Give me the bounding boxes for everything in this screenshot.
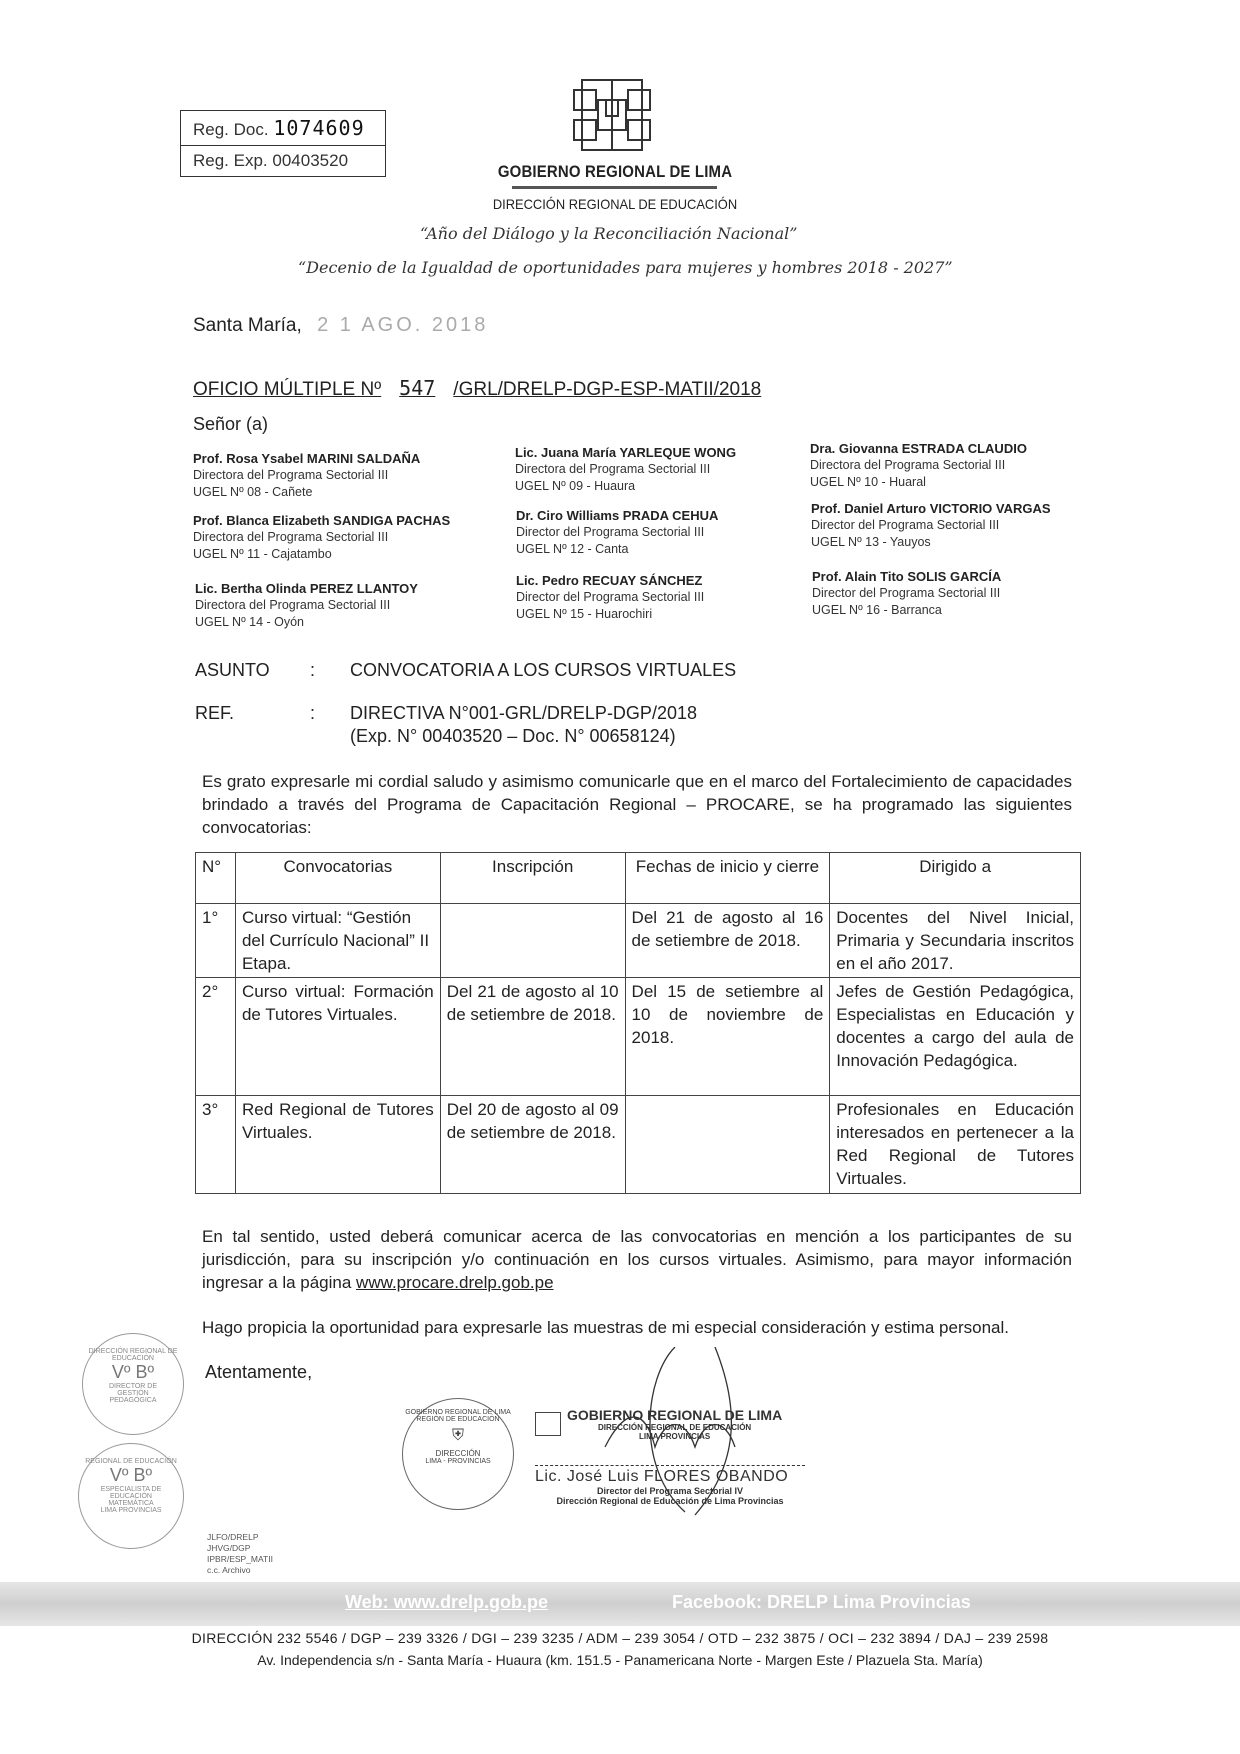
recipient-ugel: UGEL Nº 11 - Cajatambo: [193, 546, 450, 563]
sign-off: Atentamente,: [205, 1362, 312, 1383]
seal-inner-text: REGIÓN DE EDUCACIÓN: [403, 1416, 513, 1423]
seal-center-text: DIRECCIÓN: [403, 1449, 513, 1458]
cell-dirigido: Docentes del Nivel Inicial, Primaria y S…: [830, 904, 1081, 978]
cell-inscripcion: [440, 904, 625, 978]
initials-line: IPBR/ESP_MATII: [207, 1554, 273, 1565]
recipient-ugel: UGEL Nº 13 - Yauyos: [811, 534, 1051, 551]
procare-link[interactable]: www.procare.drelp.gob.pe: [356, 1273, 554, 1292]
header-convocatorias: Convocatorias: [235, 853, 440, 904]
recipient-name: Prof. Blanca Elizabeth SANDIGA PACHAS: [193, 512, 450, 529]
cell-fechas: [625, 1096, 830, 1194]
registry-box: Reg. Doc. 1074609 Reg. Exp. 00403520: [180, 110, 386, 177]
recipient-role: Director del Programa Sectorial III: [516, 589, 704, 606]
recipient: Dra. Giovanna ESTRADA CLAUDIO Directora …: [810, 440, 1027, 491]
institution-title: GOBIERNO REGIONAL DE LIMA: [496, 162, 734, 182]
cell-dirigido: Jefes de Gestión Pedagógica, Especialist…: [830, 978, 1081, 1096]
seal-sub-text: DIRECTOR DE GESTIÓN PEDAGÓGICA: [83, 1383, 183, 1404]
place: Santa María,: [193, 315, 302, 336]
header-num: N°: [196, 853, 236, 904]
farewell-paragraph: Hago propicia la oportunidad para expres…: [202, 1316, 1072, 1339]
year-motto: “Año del Diálogo y la Reconciliación Nac…: [420, 224, 797, 243]
seal-bottom-text: LIMA PROVINCIAS: [79, 1507, 183, 1514]
closing-text: En tal sentido, usted deberá comunicar a…: [202, 1227, 1072, 1292]
recipient-ugel: UGEL Nº 12 - Canta: [516, 541, 718, 558]
ref-line-1: DIRECTIVA N°001-GRL/DRELP-DGP/2018: [350, 703, 697, 723]
table-header-row: N° Convocatorias Inscripción Fechas de i…: [196, 853, 1081, 904]
recipient-role: Directora del Programa Sectorial III: [810, 457, 1027, 474]
cell-convocatoria: Curso virtual: Formación de Tutores Virt…: [235, 978, 440, 1096]
recipient-name: Dra. Giovanna ESTRADA CLAUDIO: [810, 440, 1027, 457]
recipient-name: Lic. Juana María YARLEQUE WONG: [515, 444, 736, 461]
table-row: 3° Red Regional de Tutores Virtuales. De…: [196, 1096, 1081, 1194]
recipient-role: Directora del Programa Sectorial III: [193, 529, 450, 546]
recipient-role: Director del Programa Sectorial III: [516, 524, 718, 541]
recipient-name: Lic. Bertha Olinda PEREZ LLANTOY: [195, 580, 418, 597]
intro-paragraph: Es grato expresarle mi cordial saludo y …: [202, 770, 1072, 839]
recipient: Lic. Bertha Olinda PEREZ LLANTOY Directo…: [195, 580, 418, 631]
gobierno-regional-logo-icon: [572, 78, 652, 152]
footer-band: Web: www.drelp.gob.pe Facebook: DRELP Li…: [0, 1582, 1240, 1626]
recipient-role: Director del Programa Sectorial III: [812, 585, 1001, 602]
date-stamp: 2 1 AGO. 2018: [317, 314, 488, 336]
handwritten-signature-icon: [575, 1347, 795, 1517]
cell-convocatoria: Curso virtual: “Gestión del Currículo Na…: [235, 904, 440, 978]
vobo-seal-especialista: REGIONAL DE EDUCACIÓN Vº Bº ESPECIALISTA…: [78, 1443, 184, 1549]
footer-phones: DIRECCIÓN 232 5546 / DGP – 239 3326 / DG…: [0, 1630, 1240, 1646]
recipient: Prof. Daniel Arturo VICTORIO VARGAS Dire…: [811, 500, 1051, 551]
seal-center-text: Vº Bº: [83, 1362, 183, 1383]
salutation: Señor (a): [193, 414, 268, 435]
date-line: Santa María, 2 1 AGO. 2018: [193, 314, 488, 337]
recipient: Lic. Juana María YARLEQUE WONG Directora…: [515, 444, 736, 495]
recipient-name: Prof. Rosa Ysabel MARINI SALDAÑA: [193, 450, 420, 467]
reg-doc-label: Reg. Doc.: [193, 120, 269, 139]
table-row: 1° Curso virtual: “Gestión del Currículo…: [196, 904, 1081, 978]
cell-convocatoria: Red Regional de Tutores Virtuales.: [235, 1096, 440, 1194]
recipient: Prof. Alain Tito SOLIS GARCÍA Director d…: [812, 568, 1001, 619]
decade-motto: “Decenio de la Igualdad de oportunidades…: [298, 258, 953, 277]
direccion-seal: GOBIERNO REGIONAL DE LIMA REGIÓN DE EDUC…: [402, 1398, 514, 1510]
cell-num: 2°: [196, 978, 236, 1096]
recipient-ugel: UGEL Nº 15 - Huarochiri: [516, 606, 704, 623]
oficio-number-line: OFICIO MÚLTIPLE Nº547/GRL/DRELP-DGP-ESP-…: [193, 376, 761, 401]
cell-inscripcion: Del 20 de agosto al 09 de setiembre de 2…: [440, 1096, 625, 1194]
initials-line: c.c. Archivo: [207, 1565, 273, 1576]
recipient-role: Directora del Programa Sectorial III: [195, 597, 418, 614]
closing-paragraph: En tal sentido, usted deberá comunicar a…: [202, 1225, 1072, 1294]
ref-line-2: (Exp. N° 00403520 – Doc. N° 00658124): [350, 726, 676, 747]
cell-num: 1°: [196, 904, 236, 978]
recipient-ugel: UGEL Nº 08 - Cañete: [193, 484, 420, 501]
recipient-ugel: UGEL Nº 16 - Barranca: [812, 602, 1001, 619]
recipient-role: Directora del Programa Sectorial III: [515, 461, 736, 478]
oficio-number: 547: [399, 376, 435, 400]
initials-line: JLFO/DRELP: [207, 1532, 273, 1543]
reg-exp-value: 00403520: [272, 151, 348, 170]
recipient: Prof. Blanca Elizabeth SANDIGA PACHAS Di…: [193, 512, 450, 563]
cell-fechas: Del 15 de setiembre al 10 de noviembre d…: [625, 978, 830, 1096]
reg-doc-value: 1074609: [273, 116, 364, 140]
recipient-name: Prof. Daniel Arturo VICTORIO VARGAS: [811, 500, 1051, 517]
convocatorias-table: N° Convocatorias Inscripción Fechas de i…: [195, 852, 1081, 1194]
recipient-ugel: UGEL Nº 09 - Huaura: [515, 478, 736, 495]
recipient-name: Prof. Alain Tito SOLIS GARCÍA: [812, 568, 1001, 585]
cell-dirigido: Profesionales en Educación interesados e…: [830, 1096, 1081, 1194]
title-divider: [512, 186, 717, 189]
header-dirigido: Dirigido a: [830, 853, 1081, 904]
recipient: Prof. Rosa Ysabel MARINI SALDAÑA Directo…: [193, 450, 420, 501]
seal-center-text: Vº Bº: [79, 1465, 183, 1486]
asunto-label: ASUNTO: [195, 660, 310, 681]
seal-bottom-text: LIMA - PROVINCIAS: [403, 1458, 513, 1465]
seal-ring-text: GOBIERNO REGIONAL DE LIMA: [403, 1409, 513, 1416]
asunto-row: ASUNTO:CONVOCATORIA A LOS CURSOS VIRTUAL…: [195, 660, 736, 681]
footer-address: Av. Independencia s/n - Santa María - Hu…: [0, 1652, 1240, 1668]
facebook-link[interactable]: Facebook: DRELP Lima Provincias: [672, 1592, 971, 1613]
recipient-name: Lic. Pedro RECUAY SÁNCHEZ: [516, 572, 704, 589]
asunto-colon: :: [310, 660, 350, 681]
recipient: Lic. Pedro RECUAY SÁNCHEZ Director del P…: [516, 572, 704, 623]
reg-doc-row: Reg. Doc. 1074609: [181, 111, 385, 145]
seal-ring-text: REGIONAL DE EDUCACIÓN: [79, 1458, 183, 1465]
recipient-name: Dr. Ciro Williams PRADA CEHUA: [516, 507, 718, 524]
table-row: 2° Curso virtual: Formación de Tutores V…: [196, 978, 1081, 1096]
header-inscripcion: Inscripción: [440, 853, 625, 904]
cell-inscripcion: Del 21 de agosto al 10 de setiembre de 2…: [440, 978, 625, 1096]
recipient-ugel: UGEL Nº 14 - Oyón: [195, 614, 418, 631]
coat-of-arms-icon: ⛨: [403, 1427, 513, 1445]
recipient: Dr. Ciro Williams PRADA CEHUA Director d…: [516, 507, 718, 558]
department-title: DIRECCIÓN REGIONAL DE EDUCACIÓN: [491, 196, 739, 212]
seal-ring-text: DIRECCIÓN REGIONAL DE EDUCACIÓN: [83, 1348, 183, 1362]
recipient-role: Director del Programa Sectorial III: [811, 517, 1051, 534]
asunto-value: CONVOCATORIA A LOS CURSOS VIRTUALES: [350, 660, 736, 680]
ref-row: REF.:DIRECTIVA N°001-GRL/DRELP-DGP/2018: [195, 703, 697, 724]
web-link[interactable]: Web: www.drelp.gob.pe: [345, 1592, 548, 1613]
reg-exp-label: Reg. Exp.: [193, 151, 268, 170]
ref-colon: :: [310, 703, 350, 724]
reference-initials: JLFO/DRELP JHVG/DGP IPBR/ESP_MATII c.c. …: [207, 1532, 273, 1576]
oficio-prefix: OFICIO MÚLTIPLE Nº: [193, 379, 381, 400]
vobo-seal-gestion-pedagogica: DIRECCIÓN REGIONAL DE EDUCACIÓN Vº Bº DI…: [82, 1333, 184, 1435]
oficio-suffix: /GRL/DRELP-DGP-ESP-MATII/2018: [453, 379, 761, 400]
ref-label: REF.: [195, 703, 310, 724]
reg-exp-row: Reg. Exp. 00403520: [181, 145, 385, 176]
cell-num: 3°: [196, 1096, 236, 1194]
recipient-role: Directora del Programa Sectorial III: [193, 467, 420, 484]
header-fechas: Fechas de inicio y cierre: [625, 853, 830, 904]
seal-sub-text: ESPECIALISTA DE EDUCACIÓN MATEMÁTICA: [79, 1486, 183, 1507]
cell-fechas: Del 21 de agosto al 16 de setiembre de 2…: [625, 904, 830, 978]
gobierno-regional-mini-logo-icon: [535, 1412, 561, 1436]
recipient-ugel: UGEL Nº 10 - Huaral: [810, 474, 1027, 491]
signature-block: GOBIERNO REGIONAL DE LIMA DIRECCIÓN REGI…: [535, 1407, 805, 1506]
initials-line: JHVG/DGP: [207, 1543, 273, 1554]
